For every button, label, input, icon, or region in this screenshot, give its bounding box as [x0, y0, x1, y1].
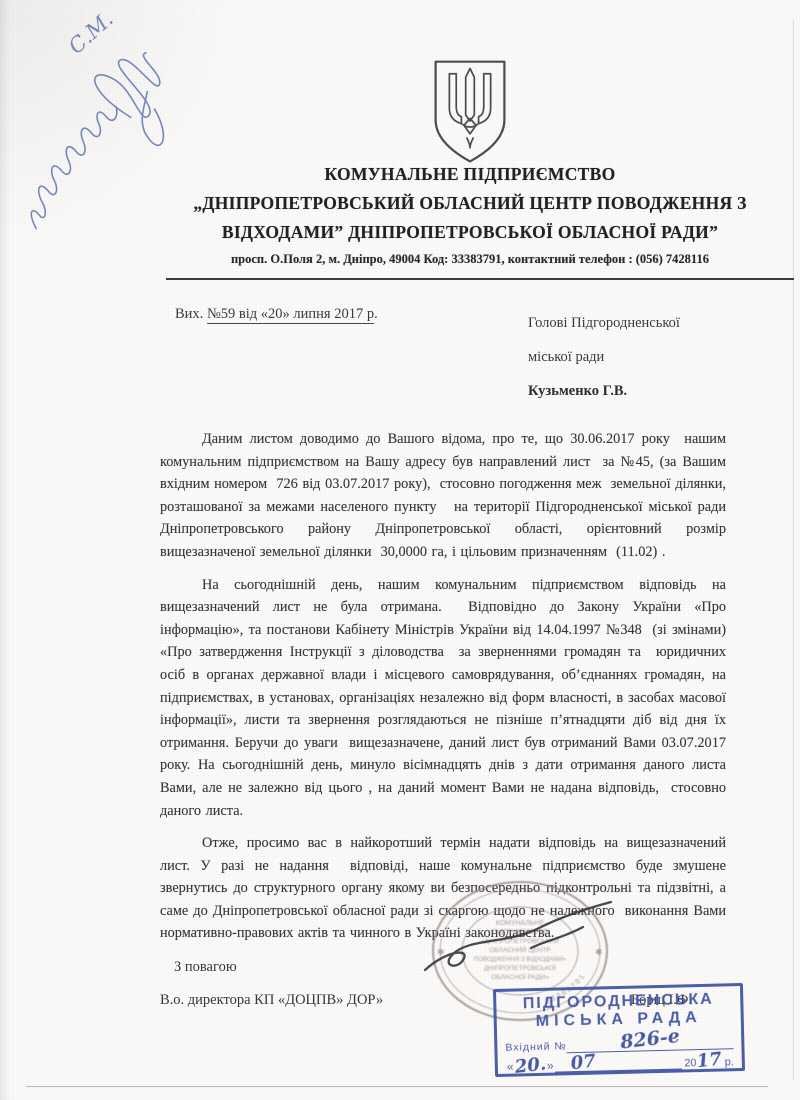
recipient-title-line2: міської ради	[528, 340, 680, 374]
scan-edge-bottom	[26, 1086, 768, 1087]
signer-position: В.о. директора КП «ДОЦПВ» ДОР»	[160, 992, 383, 1009]
recipient-block: Голові Підгородненської міської ради Куз…	[528, 306, 680, 408]
reference-suffix: .	[374, 306, 378, 322]
stamp-day-handwritten: 20.	[514, 1057, 547, 1074]
stamp-year-prefix: 20	[684, 1057, 697, 1069]
stamp-year-suffix: р.	[724, 1056, 733, 1068]
letterhead-divider	[166, 278, 794, 280]
annotation-initials: С.М.	[64, 7, 118, 59]
stamp-quote-close: »	[546, 1059, 555, 1073]
director-ink-signature	[413, 886, 638, 1011]
letterhead: КОМУНАЛЬНЕ ПІДПРИЄМСТВО „ДНІПРОПЕТРОВСЬК…	[140, 160, 800, 280]
recipient-title-line1: Голові Підгородненської	[528, 306, 680, 340]
outgoing-reference: Вих. №59 від «20» липня 2017 р.	[175, 306, 378, 323]
handwritten-approval-signature: С.М.	[0, 0, 228, 242]
letter-paragraph-1: Даним листом доводимо до Вашого відома, …	[160, 428, 726, 564]
ukraine-trident-emblem-icon	[427, 54, 513, 170]
org-address: просп. О.Поля 2, м. Дніпро, 49004 Код: 3…	[140, 252, 800, 267]
reference-number-date: №59 від «20» липня 2017 р	[207, 306, 374, 324]
org-name-line2: ВІДХОДАМИ” ДНІПРОПЕТРОВСЬКОЇ ОБЛАСНОЇ РА…	[140, 218, 800, 247]
reference-prefix: Вих.	[175, 306, 207, 322]
org-type: КОМУНАЛЬНЕ ПІДПРИЄМСТВО	[140, 160, 800, 189]
recipient-name: Кузьменко Г.В.	[528, 374, 680, 408]
stamp-incoming-number-handwritten: 826-е	[619, 1029, 680, 1050]
stamp-field-label: Вхідний №	[505, 1040, 567, 1054]
org-name-line1: „ДНІПРОПЕТРОВСЬКИЙ ОБЛАСНИЙ ЦЕНТР ПОВОДЖ…	[140, 189, 800, 218]
stamp-year-handwritten: 17	[696, 1052, 722, 1069]
scan-edge-right	[793, 20, 794, 1080]
stamp-month-handwritten: 07	[571, 1055, 597, 1072]
scanned-letter-page: С.М. КОМУНАЛЬНЕ ПІДПРИЄМСТВО „ДНІПРОПЕТР…	[0, 0, 800, 1100]
letter-paragraph-2: На сьогоднішній день, нашим комунальним …	[160, 574, 726, 823]
